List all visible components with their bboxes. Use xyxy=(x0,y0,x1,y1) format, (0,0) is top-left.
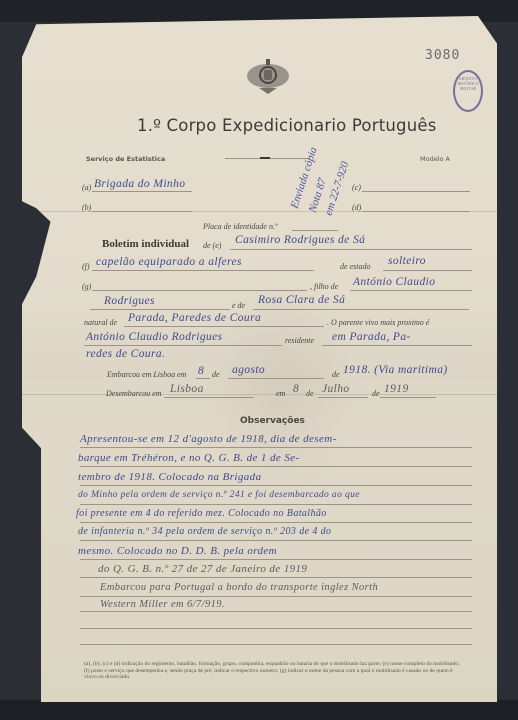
embark-de1: de xyxy=(212,370,220,379)
field-f-rule xyxy=(92,270,314,271)
observation-rule xyxy=(80,485,472,486)
embark-month-rule xyxy=(228,378,324,379)
estado-label: de estado xyxy=(340,262,370,271)
disembark-de2: de xyxy=(372,389,380,398)
observations-title: Observações xyxy=(240,416,305,426)
field-b-label: (b) xyxy=(82,203,91,212)
disembark-year-rule xyxy=(380,397,436,398)
estado-value: solteiro xyxy=(388,255,426,267)
father-value-1: António Claudio xyxy=(353,276,435,288)
estado-rule xyxy=(383,270,472,271)
disembark-label: Desembarcou em xyxy=(106,389,161,398)
service-label: Serviço de Estatistica xyxy=(86,155,165,163)
father-rule xyxy=(350,290,472,291)
observation-rule xyxy=(80,522,472,523)
placa-rule xyxy=(292,230,338,231)
residente-value-2: redes de Coura. xyxy=(86,348,165,360)
observation-rule xyxy=(80,559,472,560)
embark-label: Embarcou em Lisboa em xyxy=(107,370,186,379)
observation-rule xyxy=(80,466,472,467)
boletim-label: Boletim individual xyxy=(102,238,189,250)
natural-rule xyxy=(124,326,324,327)
embark-de2: de xyxy=(332,370,340,379)
parente-label: . O parente vivo mais proximo é xyxy=(327,318,429,327)
observation-rule xyxy=(80,540,472,541)
residente-value-1: em Parada, Pa- xyxy=(332,331,411,343)
embark-day: 8 xyxy=(198,365,204,377)
field-f-label: (f) xyxy=(82,262,90,271)
field-c-label: (c) xyxy=(352,183,361,192)
embark-month: agosto xyxy=(232,364,265,376)
archive-stamp: ARQUIVO HISTÓRICO MILITAR xyxy=(453,70,483,112)
father-value-2: Rodrigues xyxy=(104,295,155,307)
field-f-value: capelão equiparado a alferes xyxy=(96,256,242,268)
observation-line: foi presente em 4 do referido mez. Coloc… xyxy=(76,508,327,519)
observation-line: tembro de 1918. Colocado na Brigada xyxy=(78,471,261,483)
observation-rule xyxy=(80,504,472,505)
field-a-label: (a) xyxy=(82,183,91,192)
field-g-rule xyxy=(92,290,307,291)
observation-rule xyxy=(80,596,472,597)
name-rule xyxy=(230,249,472,250)
disembark-month: Julho xyxy=(322,383,350,395)
observation-line: mesmo. Colocado no D. D. B. pela ordem xyxy=(78,545,277,557)
natural-value: Parada, Paredes de Coura xyxy=(128,312,261,324)
disembark-place: Lisboa xyxy=(170,383,204,395)
field-a-value: Brigada do Minho xyxy=(94,178,185,190)
model-label: Modelo A xyxy=(420,155,450,163)
mother-label: e de xyxy=(232,301,245,310)
mother-value: Rosa Clara de Sá xyxy=(258,294,345,306)
parente-rule xyxy=(84,345,282,346)
field-b-rule xyxy=(92,211,192,212)
disembark-year: 1919 xyxy=(384,383,409,395)
disembark-month-rule xyxy=(318,397,368,398)
observation-line: do Q. G. B. n.º 27 de 27 de Janeiro de 1… xyxy=(98,563,307,575)
scan-background-bottom xyxy=(0,700,518,720)
observation-line: Western Miller em 6/7/919. xyxy=(100,599,225,610)
header-rule-mark xyxy=(260,157,270,159)
field-a-rule xyxy=(92,191,192,192)
parente-value: António Claudio Rodrigues xyxy=(86,331,223,343)
embark-day-rule xyxy=(196,378,210,379)
disembark-de1: de xyxy=(306,389,314,398)
placa-label: Placa de identidade n.º xyxy=(203,222,277,231)
filho-label: , filho de xyxy=(310,282,338,291)
field-d-rule xyxy=(362,211,470,212)
disembark-em: em xyxy=(276,389,285,398)
observation-line: Apresentou-se em 12 d'agosto de 1918, di… xyxy=(80,433,337,445)
observation-line: Embarcou para Portugal a bordo do transp… xyxy=(100,582,378,593)
natural-label: natural de xyxy=(84,318,117,327)
embark-year: 1918. (Via maritima) xyxy=(343,364,448,376)
observation-rule xyxy=(80,447,472,448)
document-title: 1.º Corpo Expedicionario Português xyxy=(137,116,437,135)
de-e-label: de (e) xyxy=(203,241,221,250)
residente-rule xyxy=(322,345,472,346)
observation-rule xyxy=(80,644,472,645)
mother-rule xyxy=(253,309,469,310)
name-value: Casimiro Rodrigues de Sá xyxy=(235,234,365,246)
disembark-day: 8 xyxy=(293,383,299,395)
residente-label: residente xyxy=(285,336,314,345)
field-d-label: (d) xyxy=(352,203,361,212)
field-g-label: (g) xyxy=(82,282,91,291)
observation-rule xyxy=(80,628,472,629)
serial-number: 3080 xyxy=(425,48,460,63)
observation-line: de infanteria n.º 34 pela ordem de servi… xyxy=(78,526,331,537)
field-c-rule xyxy=(362,191,470,192)
disembark-place-rule xyxy=(164,397,254,398)
footnote: (a), (b), (c) e (d) indicação do regimen… xyxy=(84,661,464,681)
observation-line: barque em Tréhéron, e no Q. G. B. de 1 d… xyxy=(78,452,300,464)
observation-rule xyxy=(80,611,472,612)
coat-of-arms-icon xyxy=(245,56,291,96)
stamp-text: ARQUIVO HISTÓRICO MILITAR xyxy=(457,76,478,91)
father-cont-rule xyxy=(90,309,230,310)
observation-line: do Minho pela ordem de serviço n.º 241 e… xyxy=(78,490,360,500)
observation-rule xyxy=(80,577,472,578)
